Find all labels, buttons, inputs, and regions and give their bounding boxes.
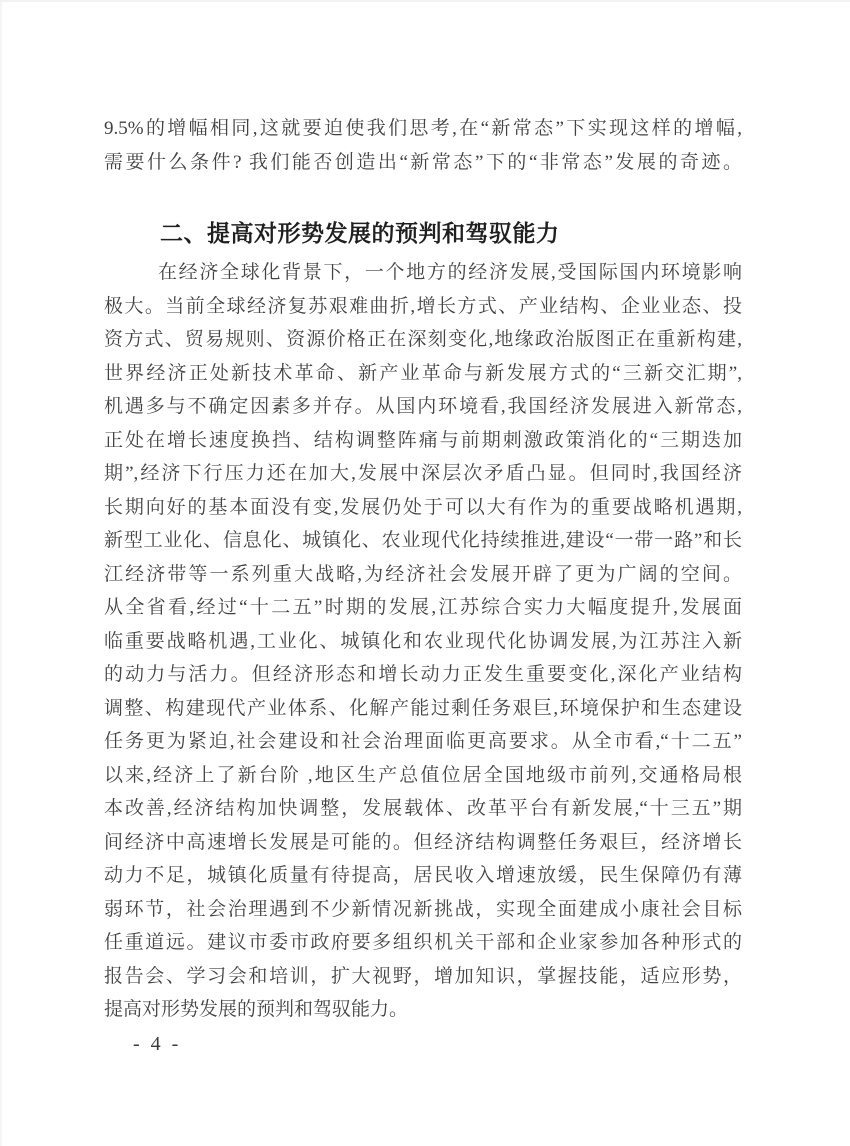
text-line: 世界经济正处新技术革命、新产业革命与新发展方式的“三新交汇期”, <box>104 357 742 391</box>
text-line: 本改善,经济结构加快调整，发展载体、改革平台有新发展,“十三五”期 <box>104 792 742 826</box>
text-line: 以来,经济上了新台阶 ,地区生产总值位居全国地级市前列,交通格局根 <box>104 759 742 793</box>
section-heading: 二、提高对形势发展的预判和驾驭能力 <box>104 218 742 248</box>
text-line: 弱环节，社会治理遇到不少新情况新挑战，实现全面建成小康社会目标 <box>104 893 742 927</box>
text-line: 间经济中高速增长发展是可能的。但经济结构调整任务艰巨，经济增长 <box>104 826 742 860</box>
text-line: 资方式、贸易规则、资源价格正在深刻变化,地缘政治版图正在重新构建, <box>104 323 742 357</box>
text-line: 江经济带等一系列重大战略,为经济社会发展开辟了更为广阔的空间。 <box>104 558 742 592</box>
text-line: 调整、构建现代产业体系、化解产能过剩任务艰巨,环境保护和生态建设 <box>104 692 742 726</box>
body-paragraph: 在经济全球化背景下，一个地方的经济发展,受国际国内环境影响 极大。当前全球经济复… <box>104 256 742 1027</box>
intro-paragraph: 9.5%的增幅相同,这就要迫使我们思考,在“新常态”下实现这样的增幅, 需要什么… <box>104 112 742 179</box>
text-line: 任重道远。建议市委市政府要多组织机关干部和企业家参加各种形式的 <box>104 926 742 960</box>
text-line: 机遇多与不确定因素多并存。从国内环境看,我国经济发展进入新常态, <box>104 390 742 424</box>
document-page: 9.5%的增幅相同,这就要迫使我们思考,在“新常态”下实现这样的增幅, 需要什么… <box>0 0 850 1146</box>
text-block: 9.5%的增幅相同,这就要迫使我们思考,在“新常态”下实现这样的增幅, 需要什么… <box>104 112 742 1027</box>
text-line: 任务更为紧迫,社会建设和社会治理面临更高要求。从全市看,“十二五” <box>104 725 742 759</box>
text-line: 临重要战略机遇,工业化、城镇化和农业现代化协调发展,为江苏注入新 <box>104 625 742 659</box>
text-line: 动力不足，城镇化质量有待提高，居民收入增速放缓，民生保障仍有薄 <box>104 859 742 893</box>
text-line: 报告会、学习会和培训，扩大视野，增加知识，掌握技能，适应形势， <box>104 960 742 994</box>
text-line: 的动力与活力。但经济形态和增长动力正发生重要变化,深化产业结构 <box>104 658 742 692</box>
text-line: 新型工业化、信息化、城镇化、农业现代化持续推进,建设“一带一路”和长 <box>104 524 742 558</box>
text-line: 期”,经济下行压力还在加大,发展中深层次矛盾凸显。但同时,我国经济 <box>104 457 742 491</box>
text-line: 从全省看,经过“十二五”时期的发展,江苏综合实力大幅度提升,发展面 <box>104 591 742 625</box>
text-line: 9.5%的增幅相同,这就要迫使我们思考,在“新常态”下实现这样的增幅, <box>104 112 742 146</box>
text-line: 需要什么条件? 我们能否创造出“新常态”下的“非常态”发展的奇迹。 <box>104 146 742 180</box>
page-number: - 4 - <box>133 1032 181 1056</box>
text-line: 提高对形势发展的预判和驾驭能力。 <box>104 993 742 1027</box>
text-line: 极大。当前全球经济复苏艰难曲折,增长方式、产业结构、企业业态、投 <box>104 290 742 324</box>
text-line: 长期向好的基本面没有变,发展仍处于可以大有作为的重要战略机遇期, <box>104 491 742 525</box>
text-line: 在经济全球化背景下，一个地方的经济发展,受国际国内环境影响 <box>104 256 742 290</box>
text-line: 正处在增长速度换挡、结构调整阵痛与前期刺激政策消化的“三期迭加 <box>104 424 742 458</box>
